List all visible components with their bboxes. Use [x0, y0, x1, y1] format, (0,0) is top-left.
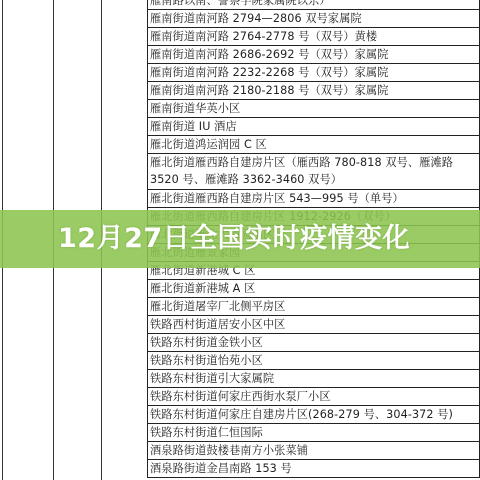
table-row: 铁路东村街道何家庄西街水泵厂小区	[148, 388, 479, 406]
table-row: 雁北街道雁西路自建房片区 543—995 号（单号）	[148, 190, 479, 208]
table-row: 雁南街道南河路 2686-2692 号（双号）家属院	[148, 46, 479, 64]
table-row: 雁北街道雁西路自建房片区（雁西路 780-818 双号、雁滩路 3520 号、雁…	[148, 154, 479, 190]
table-row: 雁北街道屠宰厂北侧平房区	[148, 298, 479, 316]
table-row: 铁路东村街道引大家属院	[148, 370, 479, 388]
table-row: 铁路东村街道何家庄自建房片区(268-279 号、304-372 号)	[148, 406, 479, 424]
table-row: 铁路东村街道怡苑小区	[148, 352, 479, 370]
table-row: 雁北街道新港城 A 区	[148, 280, 479, 298]
table-row: 雁南街道 IU 酒店	[148, 118, 479, 136]
table-row: 雁南路以南、警察学院家属院以东）	[148, 0, 479, 10]
table-row: 雁北街道鸿运润园 C 区	[148, 136, 479, 154]
table-row: 雁南街道南河路 2180-2188 号（双号）家属院	[148, 82, 479, 100]
table-row: 雁南街道南河路 2764-2778 号（双号）黄楼	[148, 28, 479, 46]
table-row: 雁南街道南河路 2232-2268 号（双号）家属院	[148, 64, 479, 82]
table-row: 酒泉路街道鼓楼巷南方小张菜铺	[148, 442, 479, 460]
table-row: 铁路西村街道居安小区中区	[148, 316, 479, 334]
table-row: 雁南街道南河路 2794—2806 双号家属院	[148, 10, 479, 28]
table-row: 铁路东村街道仁恒国际	[148, 424, 479, 442]
table-row: 雁南街道华英小区	[148, 100, 479, 118]
table-row: 酒泉路街道金昌南路 153 号	[148, 460, 479, 478]
banner-title: 12月27日全国实时疫情变化	[58, 214, 410, 264]
table-row: 铁路东村街道金铁小区	[148, 334, 479, 352]
